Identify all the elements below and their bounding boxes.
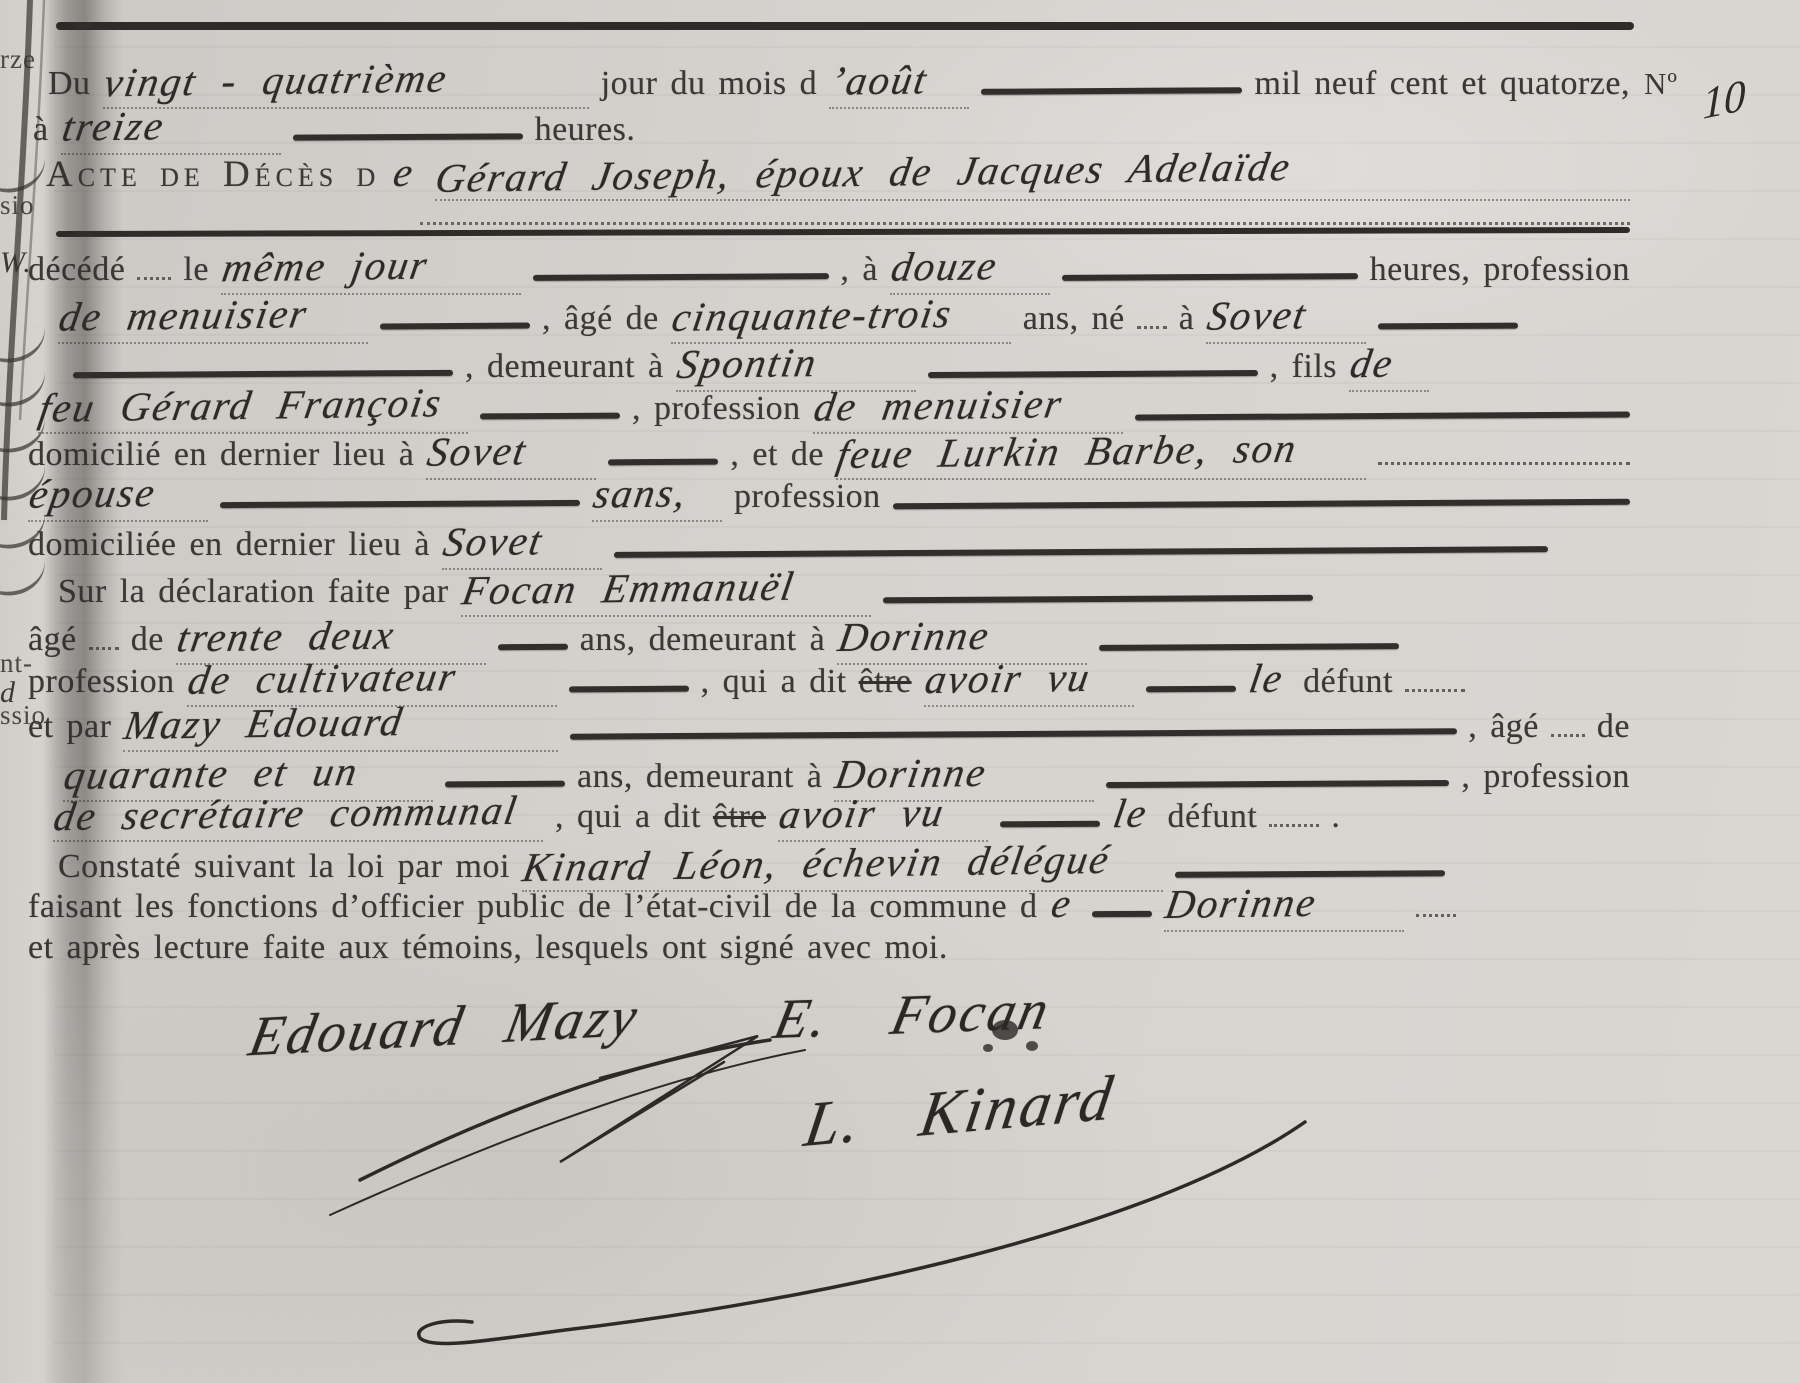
handwritten-text: avoir vu — [921, 653, 1094, 703]
printed-text-struck: être — [713, 798, 766, 836]
form-line: et après lecture faite aux témoins, lesq… — [28, 929, 1630, 967]
entry-field: de secrétaire communal — [53, 789, 543, 842]
form-line: faisant les fonctions d’officier public … — [28, 879, 1630, 932]
printed-text: Du — [48, 65, 91, 103]
handwritten-text: de menuisier — [810, 379, 1066, 430]
ink-stroke — [569, 686, 689, 693]
dotted-rule — [1416, 910, 1456, 917]
entry-field: cinquante-trois — [671, 291, 1011, 344]
entry-field: douze — [890, 242, 1050, 295]
document-page: { "colors":{"paper":"#d6d3cf","printed_i… — [0, 0, 1800, 1383]
printed-text: domiciliée en dernier lieu à — [28, 526, 430, 564]
ink-stroke — [883, 595, 1313, 604]
printed-text: Acte de Décès d — [46, 153, 380, 196]
handwritten-text: Focan Emmanuël — [458, 562, 798, 615]
entry-field: e — [1050, 879, 1080, 930]
handwritten-text: e — [390, 148, 418, 196]
ink-stroke — [533, 273, 829, 281]
printed-text: profession — [28, 663, 175, 701]
form-line: de secrétaire communal, qui a ditêtreavo… — [28, 789, 1630, 842]
entry-field: épouse — [28, 469, 208, 522]
ink-stroke — [1092, 911, 1152, 917]
entry-field: e — [392, 148, 422, 199]
handwritten-text: épouse — [26, 468, 160, 518]
printed-text: décédé — [28, 251, 125, 289]
handwritten-text: de cultivateur — [184, 652, 460, 704]
printed-text: heures, profession — [1370, 251, 1630, 289]
entry-field: le — [1112, 789, 1156, 840]
handwritten-text: feu Gérard François — [36, 378, 447, 432]
entry-field: même jour — [221, 242, 521, 295]
handwritten-text: de — [1347, 339, 1398, 388]
ink-stroke — [570, 728, 1457, 739]
entry-field: avoir vu — [778, 789, 988, 842]
ink-stroke — [1099, 643, 1399, 651]
printed-text: profession — [734, 478, 881, 516]
printed-text: , âgé — [1468, 708, 1539, 746]
form-line: Acte de Décès deGérard Joseph, époux de … — [28, 148, 1630, 201]
entry-field: Sovet — [442, 517, 602, 570]
entry-field: Gérard Joseph, époux de Jacques Adelaïde — [435, 148, 1631, 201]
ink-stroke — [893, 499, 1630, 510]
printed-text: jour du mois d — [601, 65, 817, 103]
handwritten-text: Dorinne — [1162, 878, 1321, 928]
ink-stroke — [380, 323, 530, 330]
printed-text: de — [1597, 708, 1630, 746]
entry-field: Mazy Edouard — [123, 699, 557, 752]
form-line: épousesans,profession — [28, 469, 1630, 522]
handwritten-text: Sovet — [440, 516, 547, 565]
handwritten-text: Sovet — [1204, 290, 1311, 339]
handwritten-text: Mazy Edouard — [121, 697, 407, 749]
printed-text: , qui a dit — [555, 798, 701, 836]
form-line: et parMazy Edouard, âgéde — [28, 699, 1630, 752]
printed-text: à — [33, 111, 49, 149]
entry-field: Dorinne — [1164, 879, 1404, 932]
ink-stroke — [1175, 870, 1445, 878]
ink-stroke — [614, 546, 1548, 558]
ink-stroke — [73, 370, 453, 378]
printed-text: le — [183, 251, 209, 289]
handwritten-text: de secrétaire communal — [51, 786, 522, 840]
handwritten-text: vingt - quatrième — [100, 54, 451, 107]
ink-stroke — [480, 413, 620, 420]
entry-field: de menuisier — [58, 291, 368, 344]
handwritten-text: sans, — [590, 468, 691, 517]
printed-text: à — [1179, 300, 1195, 338]
handwritten-text: cinquante-trois — [669, 289, 956, 341]
printed-text: . — [1331, 798, 1340, 836]
handwritten-text: le — [1110, 789, 1151, 837]
ink-stroke — [928, 370, 1258, 378]
printed-text: mil neuf cent et quatorze, — [1255, 65, 1630, 103]
printed-text: défunt — [1167, 798, 1257, 836]
dotted-rule — [1137, 322, 1167, 329]
printed-text: , à — [840, 251, 878, 289]
handwritten-text: treize — [59, 101, 169, 150]
handwritten-text: e — [1048, 879, 1076, 927]
printed-text: et par — [28, 708, 111, 746]
entry-field: sans, — [592, 469, 722, 522]
ink-stroke — [1146, 686, 1236, 693]
ink-stroke — [220, 500, 580, 508]
death-certificate-form: Duvingt - quatrièmejour du mois d’aoûtmi… — [0, 0, 1800, 1383]
handwritten-text: douze — [888, 241, 1002, 290]
printed-text: heures. — [535, 111, 636, 149]
printed-text: Sur la déclaration faite par — [58, 573, 449, 611]
ink-stroke — [981, 87, 1242, 95]
form-line: domiciliée en dernier lieu àSovet — [28, 517, 1630, 570]
ink-stroke — [1135, 411, 1630, 420]
ink-stroke — [293, 133, 523, 140]
printed-text: faisant les fonctions d’officier public … — [28, 888, 1038, 926]
dotted-rule — [1405, 685, 1465, 692]
printed-text: et après lecture faite aux témoins, lesq… — [28, 929, 948, 967]
dotted-rule — [137, 273, 171, 280]
form-line: décédélemême jour, àdouzeheures, profess… — [28, 242, 1630, 295]
printed-text: défunt — [1303, 663, 1393, 701]
handwritten-text: de menuisier — [56, 289, 312, 340]
printed-text: ans, né — [1023, 300, 1125, 338]
handwritten-text: le — [1246, 654, 1287, 702]
entry-field: Sovet — [1206, 291, 1366, 344]
ink-stroke — [1062, 273, 1358, 281]
signature: E. Focan — [768, 978, 1057, 1052]
printed-text: , qui a dit — [701, 663, 847, 701]
dotted-rule — [1551, 730, 1585, 737]
ink-stroke — [498, 644, 568, 650]
printed-text: , profession — [632, 390, 801, 428]
ink-stroke — [1106, 780, 1449, 788]
ink-stroke — [608, 459, 718, 466]
handwritten-text: ’août — [827, 55, 932, 104]
handwritten-text: Gérard Joseph, époux de Jacques Adelaïde — [432, 142, 1295, 202]
ink-stroke — [1000, 821, 1100, 828]
ink-stroke — [1378, 323, 1518, 330]
handwritten-text: même jour — [219, 241, 432, 292]
printed-text-struck: être — [859, 663, 912, 701]
handwritten-text: avoir vu — [776, 788, 949, 838]
printed-text: , âgé de — [542, 300, 659, 338]
form-line: de menuisier, âgé decinquante-troisans, … — [28, 291, 1630, 344]
dotted-rule — [89, 643, 119, 650]
entry-field: le — [1248, 654, 1292, 705]
entry-field: Focan Emmanuël — [461, 564, 871, 617]
dotted-rule — [1269, 820, 1319, 827]
form-line: Sur la déclaration faite parFocan Emmanu… — [28, 564, 1630, 617]
spacer — [1560, 554, 1630, 555]
dotted-rule — [1378, 458, 1630, 465]
